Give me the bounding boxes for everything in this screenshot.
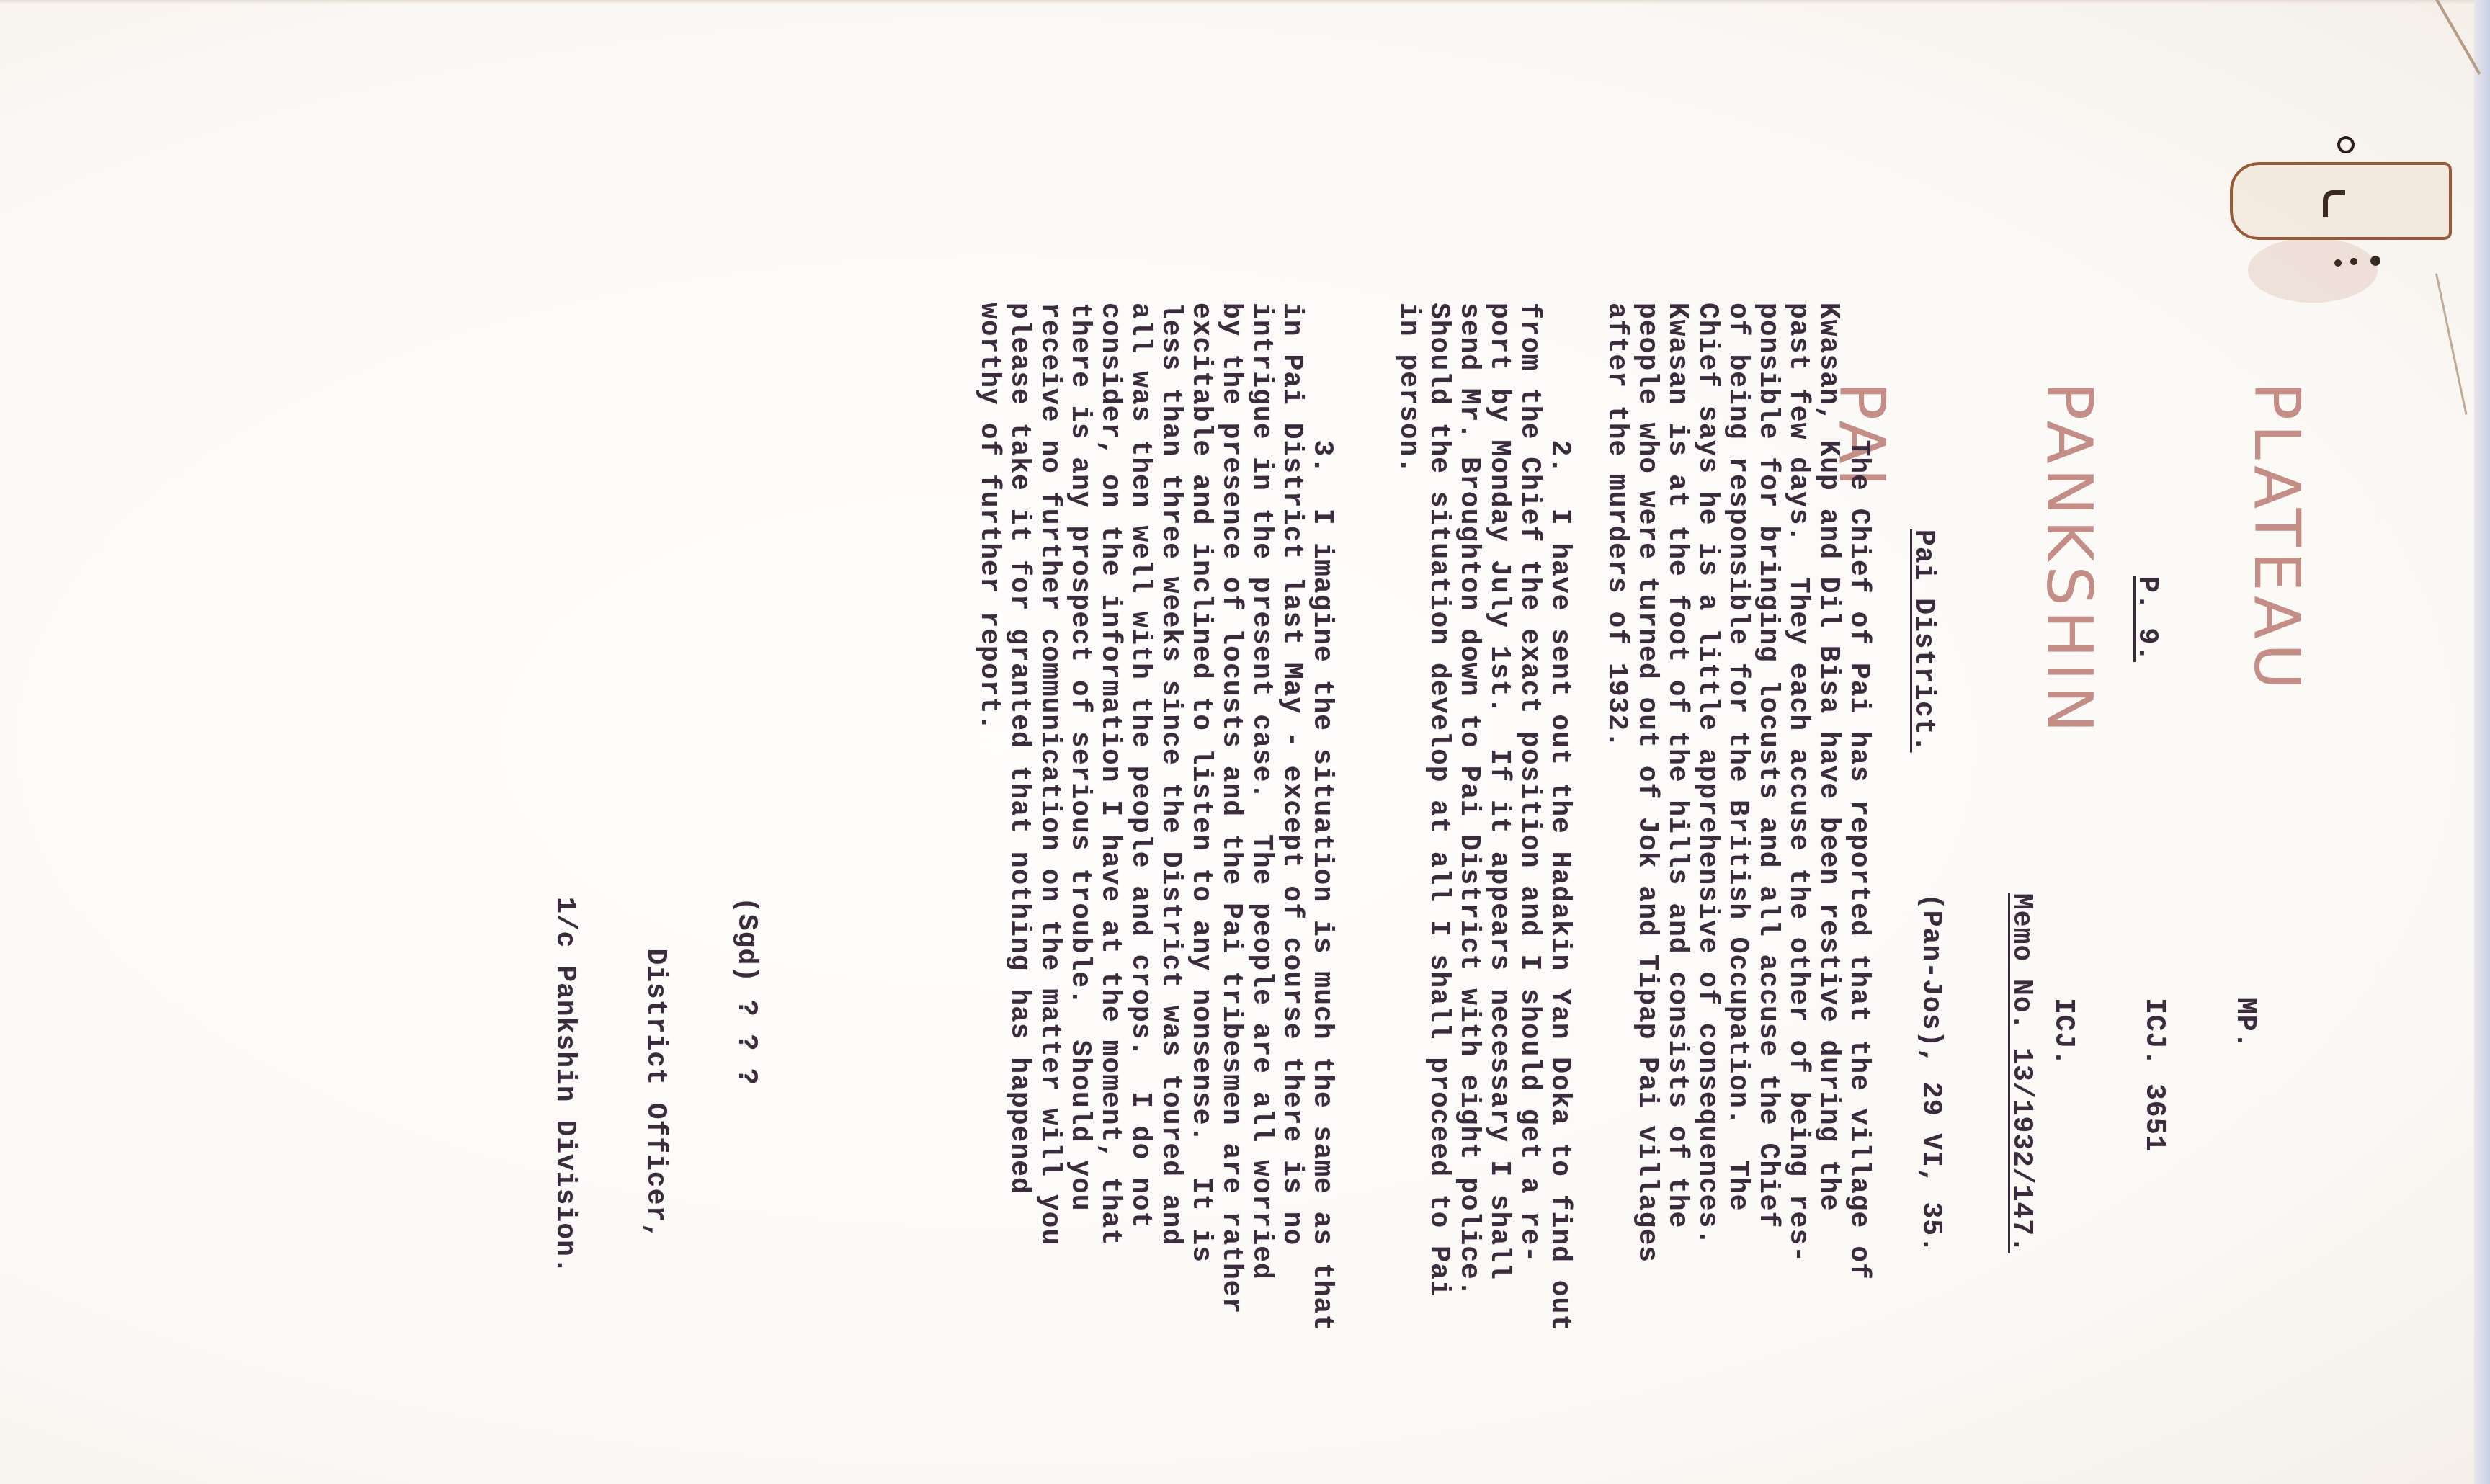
paragraph-line: by the presence of locusts and the Pai t… [1215,303,1246,1331]
paragraph-line: send Mr. Broughton down to Pai District … [1453,303,1483,1331]
paragraph-line: less than three weeks since the District… [1155,303,1185,1331]
scanned-page: PLATEAU PANKSHIN PAI MP. ICJ. 3651 ICJ. … [0,0,2490,1484]
paragraph-line: please take it for granted that nothing … [1004,303,1034,1331]
page-edge-top [0,0,2490,4]
paragraph-line: all was then well with the people and cr… [1125,303,1155,1331]
paragraph-line: worthy of further report. [973,303,1004,1331]
paragraph-2: 2. I have sent out the Hadakin Yan Doka … [1393,303,1574,1331]
rust-spot [2334,259,2342,267]
signature-line: (Sgd) ? ? ? [731,897,761,1274]
memo-block: Memo No. 13/1932/147. (Pan-Jos), 29 VI, … [1855,893,2097,1253]
paragraph-line: The Chief of Pai has reported that the v… [1843,303,1873,1280]
paragraph-line: people who were turned out of Jok and Ti… [1631,303,1661,1280]
paragraph-line: there is any prospect of serious trouble… [1064,303,1094,1331]
rust-spot [2350,258,2357,265]
signature-block: (Sgd) ? ? ? District Officer, 1/c Panksh… [488,897,821,1274]
paragraph-line: Should the situation develop at all I sh… [1423,303,1453,1331]
punch-hole-icon [2337,136,2355,153]
paragraph-line: excitable and inclined to listen to any … [1185,303,1215,1331]
rust-stain [2248,238,2378,303]
annotation-line-2: PANKSHIN [2035,382,2104,737]
signature-division: 1/c Pankshin Division. [549,897,579,1274]
rust-spot [2370,256,2380,266]
paragraph-line: 2. I have sent out the Hadakin Yan Doka … [1544,303,1574,1331]
paragraph-3: 3. I imagine the situation is much the s… [973,303,1337,1331]
paragraph-line: port by Monday July 1st. If it appears n… [1483,303,1514,1331]
paragraph-line: of being responsible for the British Occ… [1722,303,1752,1280]
paragraph-line: Chief says he is a little apprehensive o… [1692,303,1722,1280]
paragraph-line: consider, on the information I have at t… [1094,303,1125,1331]
paragraph-line: ponsible for bringing locusts and all ac… [1752,303,1782,1280]
page-edge-right [2474,0,2490,1484]
memo-number: Memo No. 13/1932/147. [2006,893,2036,1253]
paragraph-line: from the Chief the exact position and I … [1514,303,1544,1331]
annotation-line-1: PLATEAU [2242,382,2311,737]
document-heading: Pai District. [1908,529,1938,752]
memo-source-date: (Pan-Jos), 29 VI, 35. [1915,893,1945,1253]
reference-mp: MP. [2229,998,2259,1152]
clip-hook-icon [2323,190,2345,217]
paragraph-1: The Chief of Pai has reported that the v… [1601,303,1873,1280]
reference-icj-number: ICJ. 3651 [2138,998,2169,1152]
paragraph-line: 3. I imagine the situation is much the s… [1306,303,1337,1331]
signature-title: District Officer, [640,897,670,1274]
paragraph-line: after the murders of 1932. [1601,303,1631,1280]
paragraph-line: past few days. They each accuse the othe… [1782,303,1813,1280]
paragraph-line: in person. [1393,303,1423,1331]
paragraph-line: in Pai District last May - except of cou… [1276,303,1306,1331]
paragraph-line: intrigue in the present case. The people… [1246,303,1276,1331]
page-reference: P. 9. [2131,576,2161,662]
paragraph-line: receive no further communication on the … [1034,303,1064,1331]
paragraph-line: Kwasan, Kup and Dil Bisa have been resti… [1813,303,1843,1280]
paper-clip-rust-mark [2230,162,2452,240]
paragraph-line: Kwasan is at the foot of the hills and c… [1661,303,1692,1280]
